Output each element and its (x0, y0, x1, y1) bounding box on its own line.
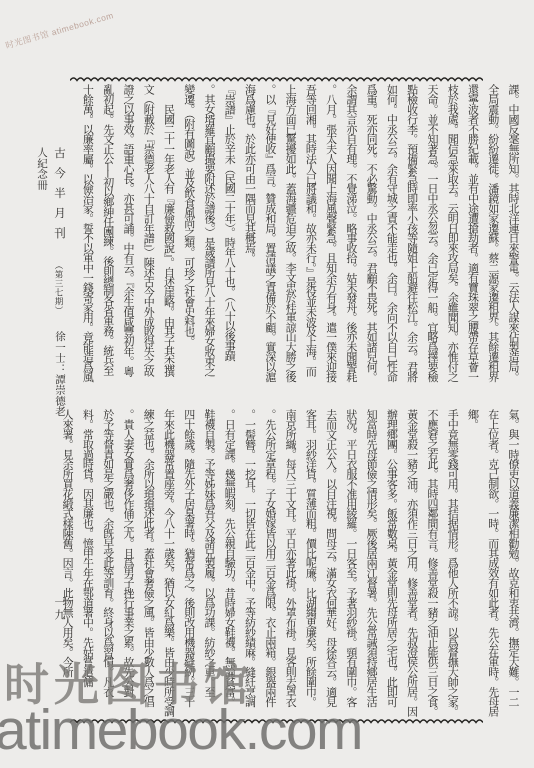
text-column: 十餘萬。以廉率屬。以儉治家。誓不以軍中一錢寄家用。竟能造爲風 (77, 84, 97, 390)
text-column: 客耳。羽紗洋貨。質薄而粗。價比呢廉。比湖縐更廉矣。所餘圍巾。 (300, 409, 320, 719)
text-column: 氣。與一時僚吏以道義廉潔相勸勉。故克和衷共濟。撫定大難。一二 (503, 409, 523, 719)
page-number: 一九 (51, 596, 67, 622)
text-column: 辦理鄉團。公事客多。飯常數桌。黃金堂則先母所居之宅也。此即可 (381, 409, 401, 719)
text-column: 如何。中丞公云。余有守城之責不能走也。余曰。余向不以自己性命 (381, 84, 401, 390)
watermark-diagonal-small: 时光图书馆 atimebook.com (4, 9, 115, 51)
text-column: 爲重。死亦同死。不必驚動。中丞公云。君顧不畏死。其如諸兒何。 (361, 84, 381, 390)
text-column: 。八月。張太夫人因聞上海風聲緊急。且知余方有身。遣一僕來迎接 (320, 84, 340, 390)
issue-number: （第三七期） (54, 261, 64, 315)
watermark-site-url: atimebook.com (0, 697, 362, 763)
wavy-rule-top (70, 75, 483, 83)
text-column: 枝於我處。聞信急來取去。云明日即來攻局矣。余雖聞知。亦惟付之 (442, 84, 462, 390)
text-column: 不應窘之若此。其時四鄰間有言。修善堂殺一豬之油止能供三日之食。 (422, 409, 442, 719)
text-column: 亂初起。先文正公──初以鄉紳任團練。後則總制各省軍務。統兵至 (97, 84, 117, 390)
text-column: 。先公所定章程。子女婚嫁皆以用二百金爲限。衣止兩箱。銀器兩件 (260, 409, 280, 719)
text-column: 課。中國反毫無所知。其時北洋連日來警電。云法人謀來佔製造局。 (503, 84, 523, 390)
text-column: 知當時先母節儉之情形矣。厥後居兩江督署。先公常誡須持鄉居生活 (361, 409, 381, 719)
text-column: 余謂其言亦自有理。不覺涕泣。略事收拾。姑未發舟。後亦未聞警耗 (341, 84, 361, 390)
text-register-top: 課。中國反毫無所知。其時北洋連日來警電。云法人謀來佔製造局。全局震動。紛紛遷徙。… (77, 84, 523, 390)
text-column: 南京所織。每尺三十文耳。平日亦著此褂。外罩布褂。見客則去罩衣 (280, 409, 300, 719)
text-column: 還寧波者不勝紀載。並有中途遭搶劫者。適有寶珠翠之腰帶存草薈一 (462, 84, 482, 390)
text-column: 證之以事效。語重心長。亦甚可誦。中有云。『余生值咸豐初年。粵 (118, 84, 138, 390)
text-column: 。以『見好便收』爲言。贊成和局。置清議之責備於不顧。實深以滬 (260, 84, 280, 390)
text-column: 在上位者。克己制欲。一時。而其成效有如此者。先公在軍時。先母居鄉。 (462, 409, 503, 719)
text-column: 狀况。平日衣服不准用綾羅。一日客至。予著羽紗褂。頸有圍巾。客 (341, 409, 361, 719)
text-column: 文（附載於『崇德老人八十自訂年譜』）陳述古今中外成敗得失之故 (138, 84, 158, 390)
text-column: 變遷。（附有圖說）並及飲食風尚之類。可珍之社會史料也。 (178, 84, 198, 390)
text-column: 天命。並不知著急。一日中丞公忽云。余已定得一船。宜略爲擇要檢 (422, 84, 442, 390)
margin-header: 古今半月刊 （第三七期） 徐一士：譚崇德老人紀念冊 (48, 147, 68, 427)
text-column: 點檢收行李。預備緊急時即率小孩等隨姐上船避往松江。余云。君將 (401, 84, 421, 390)
text-column: 海爲慮也。於此亦可由一隅而見其概焉。 (239, 84, 259, 390)
text-column: 手中竟無零錢可用。其拮据情形。爲他人所不諒。以爲督撫大帥之家。 (442, 409, 462, 719)
text-column: 上海方面已驚擾如此。蓋海疆危迫之故。李文忠於桂軍諒山大勝之後 (280, 84, 300, 390)
text-column: 去而文正公入。以目注視。問母云。滿女衣何華好。母徐答云。適見 (320, 409, 340, 719)
text-column: 吾等回湘。其時法人已將議和。故亦未行。』是役並未波及上海。而 (300, 84, 320, 390)
magazine-title: 古今半月刊 (53, 147, 65, 247)
text-column: 『崇譜』止於辛未（民國二十年）。時年八十也。（八十以後事蹟 (219, 84, 239, 390)
scanned-book-page: 課。中國反毫無所知。其時北洋連日來警電。云法人謀來佔製造局。全局震動。紛紛遷徙。… (0, 0, 534, 768)
text-column: 民國二十一年老人有『廉儉救國說』。自述崖略。由其子其杰撰 (158, 84, 178, 390)
text-column: 。其女壻羅宜顧撮要附述於譜後。）是歲譜所見八十年來婦女妝束之 (199, 84, 219, 390)
text-column: 黃金堂殺一豬之油。亦須作三日之用。修善堂者。先叔澄侯公所居。因 (401, 409, 421, 719)
text-column: 全局震動。紛紛遷徙。潘鏡如家遷蘇。蔡二源家遷租界。其餘遷租界 (482, 84, 502, 390)
